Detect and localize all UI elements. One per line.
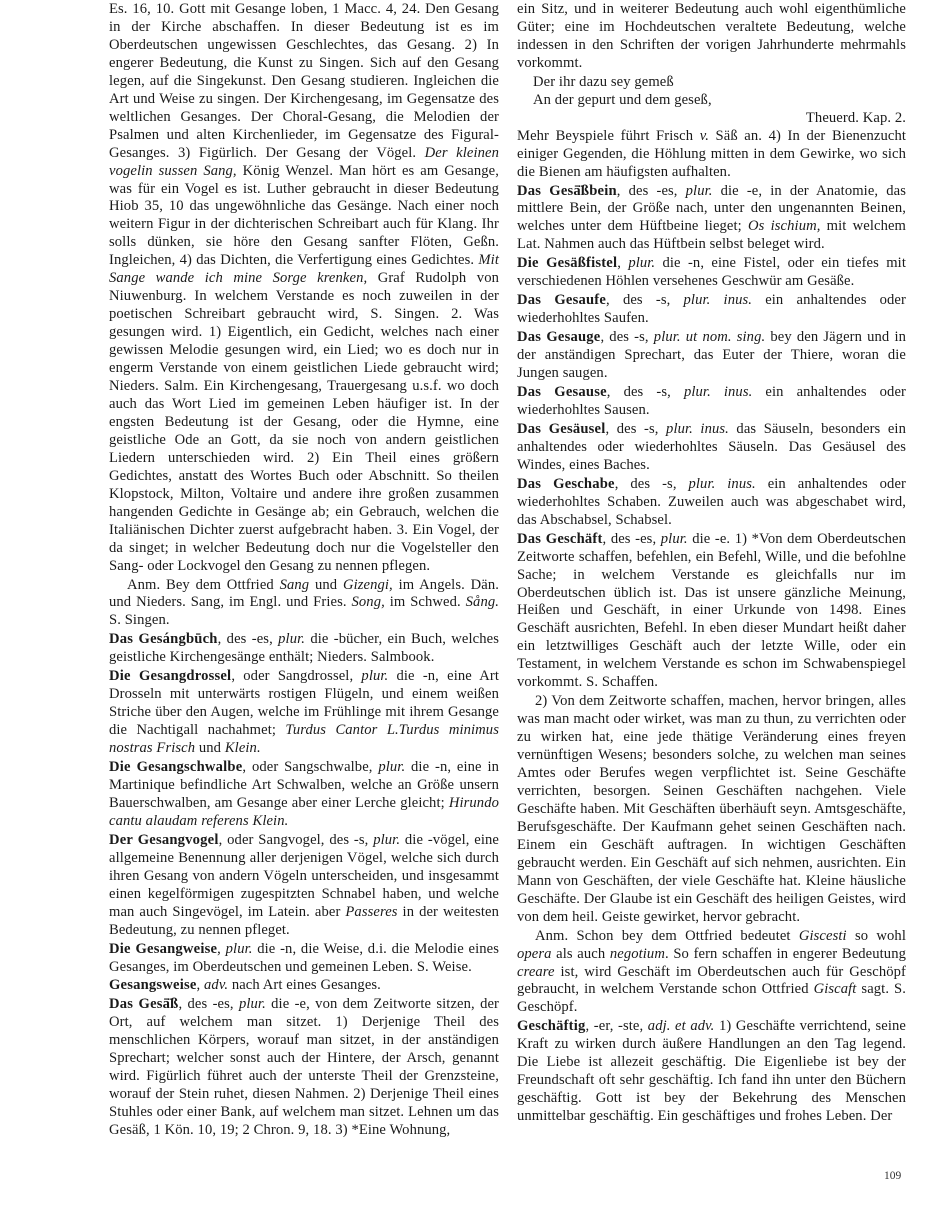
italic-text: Klein. (225, 740, 261, 756)
dictionary-entry: Anm. Schon bey dem Ottfried bedeutet Gis… (517, 928, 906, 1018)
body-text: , des -es, (617, 183, 686, 199)
dictionary-entry: Die Gesangschwalbe, oder Sangschwalbe, p… (109, 759, 499, 831)
italic-text: plur. (373, 832, 400, 848)
body-text: Mehr Beyspiele führt Frisch (517, 128, 700, 144)
body-text: Anm. Schon bey dem Ottfried bedeutet (535, 928, 799, 944)
body-text: die -e. 1) *Von dem Oberdeutschen Zeitwo… (517, 531, 906, 691)
dictionary-entry: Das Gesángbūch, des -es, plur. die -büch… (109, 631, 499, 667)
italic-text: Giscesti (799, 928, 847, 944)
dictionary-entry: Das Gesäusel, des -s, plur. inus. das Sä… (517, 421, 906, 475)
body-text: und (195, 740, 225, 756)
headword: Der Gesangvogel (109, 832, 219, 848)
body-text: S. Singen. (109, 612, 170, 628)
headword: Das Gesángbūch (109, 631, 218, 647)
body-text: 2) Von dem Zeitworte schaffen, machen, h… (517, 693, 906, 924)
italic-text: plur. inus. (689, 476, 756, 492)
right-column: ein Sitz, und in weiterer Bedeutung auch… (517, 1, 906, 1127)
body-text: so wohl (847, 928, 906, 944)
italic-text: v. (700, 128, 709, 144)
dictionary-entry: Das Gesauge, des -s, plur. ut nom. sing.… (517, 329, 906, 383)
headword: Das Gesauge (517, 329, 600, 345)
dictionary-entry: Die Gesäßfistel, plur. die -n, eine Fist… (517, 255, 906, 291)
headword: Das Gesā̈ßbein (517, 183, 617, 199)
body-text: Anm. Bey dem Ottfried (127, 577, 280, 593)
italic-text: plur. (661, 531, 688, 547)
citation-attribution: Theuerd. Kap. 2. (517, 110, 906, 128)
dictionary-entry: Die Gesangweise, plur. die -n, die Weise… (109, 941, 499, 977)
body-text: , oder Sangvogel, des -s, (219, 832, 374, 848)
body-text: , des -s, (600, 329, 653, 345)
body-text: , des -s, (615, 476, 689, 492)
italic-text: plur. (361, 668, 388, 684)
body-text: , oder Sangschwalbe, (242, 759, 378, 775)
italic-text: plur. (226, 941, 253, 957)
italic-text: creare (517, 964, 555, 980)
italic-text: plur. (239, 996, 266, 1012)
headword: Gesangsweise (109, 977, 197, 993)
body-text: die -e, von dem Zeitworte sitzen, der Or… (109, 996, 499, 1138)
body-text: Graf Rudolph von Niuwenburg. In welchem … (109, 270, 499, 573)
left-column: Es. 16, 10. Gott mit Gesange loben, 1 Ma… (109, 1, 499, 1141)
body-text: , (617, 255, 628, 271)
italic-text: plur. (628, 255, 655, 271)
dictionary-entry: Geschäftig, -er, -ste, adj. et adv. 1) G… (517, 1018, 906, 1126)
italic-text: Gizengi, (343, 577, 393, 593)
italic-text: plur. inus. (684, 292, 753, 308)
body-text: ein Sitz, und in weiterer Bedeutung auch… (517, 1, 906, 71)
headword: Das Gesaufe (517, 292, 606, 308)
italic-text: plur. ut nom. sing. (654, 329, 765, 345)
italic-text: negotium (610, 946, 665, 962)
headword: Das Gesā̈ß (109, 996, 178, 1012)
italic-text: Giscaft (814, 981, 857, 997)
body-text: , des -es, (603, 531, 661, 547)
headword: Die Gesäßfistel (517, 255, 617, 271)
dictionary-entry: ein Sitz, und in weiterer Bedeutung auch… (517, 1, 906, 73)
italic-text: Sang (280, 577, 310, 593)
dictionary-entry: Das Geschabe, des -s, plur. inus. ein an… (517, 476, 906, 530)
dictionary-entry: Der Gesangvogel, oder Sangvogel, des -s,… (109, 832, 499, 940)
body-text: , des -s, (605, 421, 666, 437)
dictionary-entry: Das Gesaufe, des -s, plur. inus. ein anh… (517, 292, 906, 328)
italic-text: Sång. (466, 594, 499, 610)
body-text: , -er, -ste, (585, 1018, 647, 1034)
body-text: , des -es, (178, 996, 239, 1012)
page-number: 109 (884, 1170, 901, 1182)
headword: Die Gesangschwalbe (109, 759, 242, 775)
headword: Die Gesangdrossel (109, 668, 231, 684)
headword: Das Gesause (517, 384, 607, 400)
dictionary-entry: Mehr Beyspiele führt Frisch v. Säß an. 4… (517, 128, 906, 182)
italic-text: Os ischium, (748, 218, 820, 234)
dictionary-entry: Die Gesangdrossel, oder Sangdrossel, plu… (109, 668, 499, 758)
body-text: , des -s, (606, 292, 683, 308)
body-text: als auch (552, 946, 610, 962)
headword: Das Geschabe (517, 476, 615, 492)
body-text: . So fern schaffen in engerer Bedeutung (665, 946, 906, 962)
italic-text: adv. (204, 977, 228, 993)
dictionary-entry: Es. 16, 10. Gott mit Gesange loben, 1 Ma… (109, 1, 499, 576)
dictionary-page: Es. 16, 10. Gott mit Gesange loben, 1 Ma… (0, 0, 935, 1210)
body-text: , oder Sangdrossel, (231, 668, 361, 684)
headword: Das Geschäft (517, 531, 603, 547)
body-text: Es. 16, 10. Gott mit Gesange loben, 1 Ma… (109, 1, 499, 161)
dictionary-entry: Das Gesā̈ß, des -es, plur. die -e, von d… (109, 996, 499, 1140)
headword: Das Gesäusel (517, 421, 605, 437)
italic-text: Passeres (345, 904, 397, 920)
dictionary-entry: Gesangsweise, adv. nach Art eines Gesang… (109, 977, 499, 995)
dictionary-entry: Das Gesause, des -s, plur. inus. ein anh… (517, 384, 906, 420)
verse-line: Der ihr dazu sey gemeß (517, 74, 906, 92)
body-text: , (197, 977, 205, 993)
body-text: im Schwed. (385, 594, 466, 610)
dictionary-entry: 2) Von dem Zeitworte schaffen, machen, h… (517, 693, 906, 926)
body-text: nach Art eines Gesanges. (228, 977, 381, 993)
verse-line: An der gepurt und dem geseß, (517, 92, 906, 110)
italic-text: plur. (686, 183, 713, 199)
body-text: , des -s, (607, 384, 684, 400)
italic-text: adj. et adv. (648, 1018, 715, 1034)
body-text: und (309, 577, 343, 593)
headword: Geschäftig (517, 1018, 585, 1034)
dictionary-entry: Das Geschäft, des -es, plur. die -e. 1) … (517, 531, 906, 693)
italic-text: Song, (352, 594, 385, 610)
dictionary-entry: Das Gesā̈ßbein, des -es, plur. die -e, i… (517, 183, 906, 255)
headword: Die Gesangweise (109, 941, 217, 957)
italic-text: plur. (378, 759, 405, 775)
body-text: , des -es, (218, 631, 279, 647)
body-text: , (217, 941, 225, 957)
italic-text: plur. (278, 631, 305, 647)
dictionary-entry: Anm. Bey dem Ottfried Sang und Gizengi, … (109, 577, 499, 631)
italic-text: plur. inus. (666, 421, 729, 437)
italic-text: plur. inus. (684, 384, 752, 400)
italic-text: opera (517, 946, 552, 962)
